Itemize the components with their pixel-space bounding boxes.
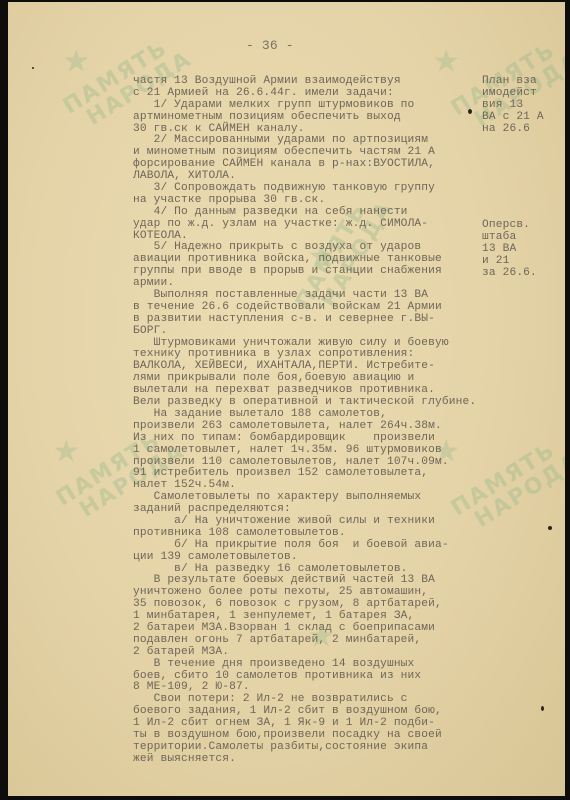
margin-note-line: на 26.6 [482, 124, 544, 136]
text-line: б/ На прикрытие поля боя и боевой авиа- [133, 540, 476, 552]
text-line: артминометным позициям обеспечить выход [133, 112, 476, 124]
margin-note-opersv: Оперсв.штаба13 ВАи 21за 26.6. [482, 220, 537, 279]
text-line: подавлен огонь 7 артбатарей, 2 минбатаре… [133, 635, 476, 647]
text-line: 4/ По данным разведки на себя нанести [133, 207, 476, 219]
text-line: удар по ж.д. узлам на участке: ж.д. СИМО… [133, 219, 476, 231]
text-line: произвели 263 самолетовылета, налет 264ч… [133, 421, 476, 433]
margin-note-line: и 21 [482, 256, 537, 268]
margin-note-line: 13 ВА [482, 244, 537, 256]
margin-note-line: ВА с 21 А [482, 112, 544, 124]
margin-note-line: имодейст [482, 88, 544, 100]
text-line: противника 108 самолетовылетов. [133, 528, 476, 540]
margin-note-line: вия 13 [482, 100, 544, 112]
document-page: ★ ПАМЯТЬ НАРОДА ★ ПАМЯТЬ НАРОДА ★ ПАМЯТЬ… [8, 2, 565, 796]
text-line: жей выясняется. [133, 754, 476, 766]
page-number: - 36 - [246, 40, 294, 52]
margin-note-plan: План взаимодействия 13ВА с 21 Ана 26.6 [482, 76, 544, 135]
text-line: в развитии наступления с-в. и севернее г… [133, 314, 476, 326]
text-line: Из них по типам: бомбардировщик произвел… [133, 433, 476, 445]
text-line: В течение дня произведено 14 воздушных [133, 659, 476, 671]
text-line: с 21 Армией на 26.6.44г. имели задачи: [133, 88, 476, 100]
text-line: на участке прорыва 30 гв.ск. [133, 195, 476, 207]
margin-note-line: штаба [482, 232, 537, 244]
document-body: частя 13 Воздушной Армии взаимодействуяс… [133, 76, 476, 766]
ink-speck [32, 67, 34, 69]
ink-speck [468, 109, 472, 114]
watermark-star-icon: ★ [63, 32, 90, 86]
text-line: территории.Самолеты разбиты,состояние эк… [133, 742, 476, 754]
ink-speck [541, 706, 544, 711]
text-line: 1 самолетовылет, налет 1ч.35м. 96 штурмо… [133, 445, 476, 457]
text-line: БОРГ. [133, 326, 476, 338]
ink-speck [548, 526, 552, 530]
text-line: ции 139 самолетовылетов. [133, 552, 476, 564]
text-line: 2 батарей МЗА. [133, 647, 476, 659]
text-line: группы при вводе в прорыв и станции снаб… [133, 266, 476, 278]
text-line: 1/ Ударами мелких групп штурмовиков по [133, 100, 476, 112]
margin-note-line: за 26.6. [482, 268, 537, 280]
watermark-star-icon: ★ [53, 422, 80, 476]
